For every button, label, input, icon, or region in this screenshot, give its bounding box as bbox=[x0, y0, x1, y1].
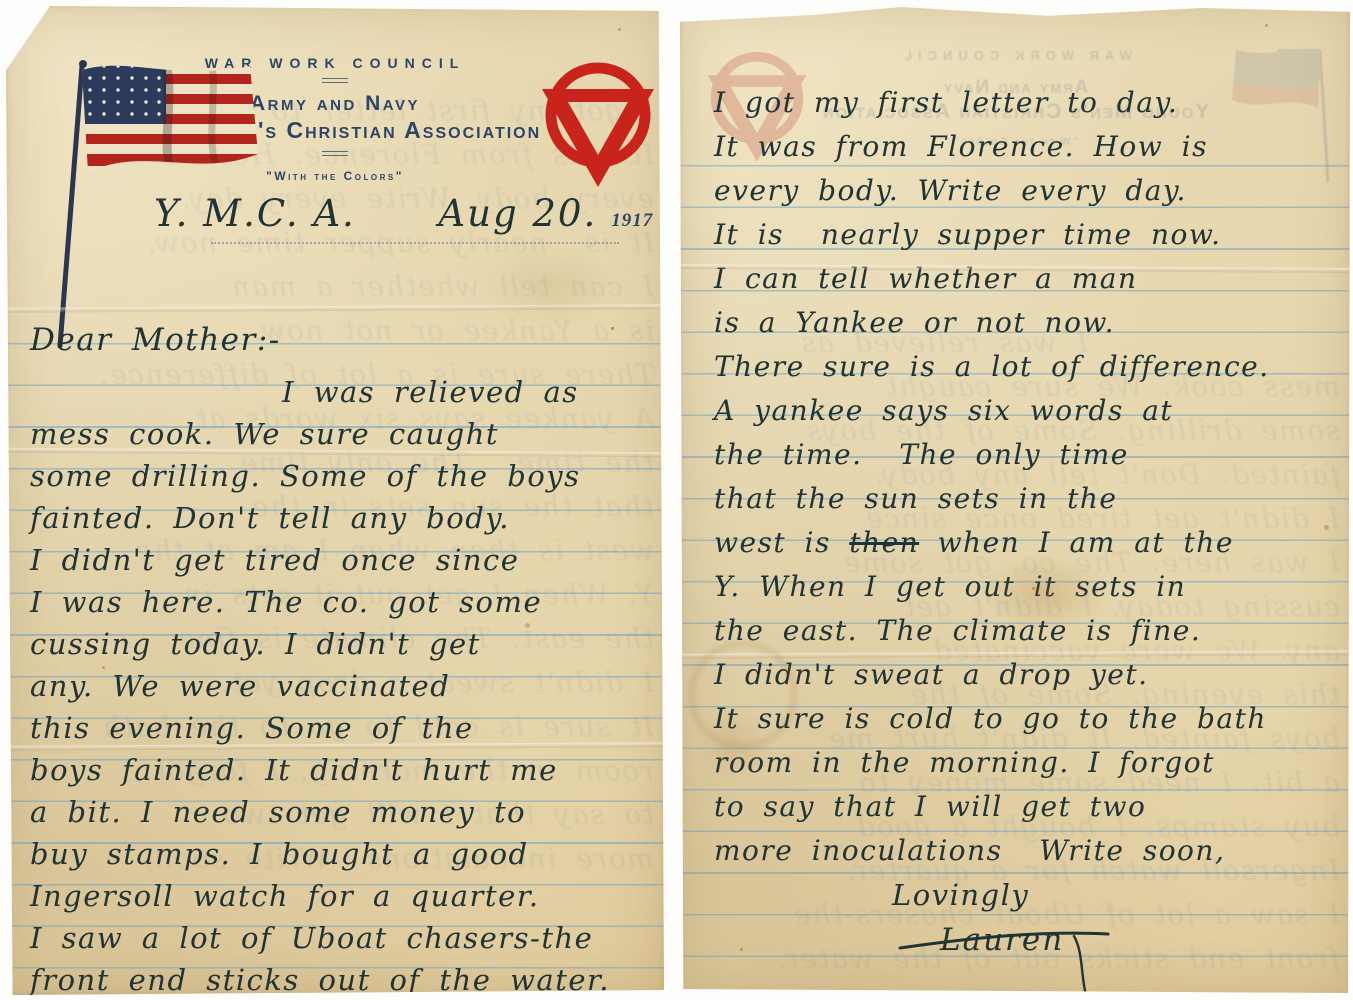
handwritten-line: a bit. I need some money to bbox=[30, 792, 660, 834]
salutation: Dear Mother:- bbox=[30, 318, 660, 372]
handwritten-lines: I was relieved asmess cook. We sure caug… bbox=[30, 372, 660, 995]
handwritten-line: boys fainted. It didn't hurt me bbox=[30, 750, 660, 792]
handwritten-line: I got my first letter to day. bbox=[714, 82, 1346, 126]
handwritten-line: Ingersoll watch for a quarter. bbox=[30, 876, 660, 918]
handwritten-line: any. We were vaccinated bbox=[30, 666, 660, 708]
handwritten-line: It was from Florence. How is bbox=[714, 126, 1346, 170]
letterhead-divider bbox=[322, 151, 348, 156]
handwritten-line: every body. Write every day. bbox=[714, 170, 1346, 214]
letterhead-divider bbox=[322, 78, 348, 83]
letter-page-1: I got my first letter to day.It was from… bbox=[6, 6, 664, 995]
handwritten-line: buy stamps. I bought a good bbox=[30, 834, 660, 876]
handwritten-line: some drilling. Some of the boys bbox=[30, 456, 660, 498]
handwritten-line: to say that I will get two bbox=[714, 786, 1346, 830]
paper-specks bbox=[6, 6, 9, 9]
handwritten-line: I was here. The co. got some bbox=[30, 582, 660, 624]
printed-year: 1917 bbox=[611, 210, 653, 231]
handwritten-line: It sure is cold to go to the bath bbox=[714, 698, 1346, 742]
handwritten-line: It is nearly supper time now. bbox=[714, 214, 1346, 258]
handwritten-line: Y. When I get out it sets in bbox=[714, 566, 1346, 610]
handwritten-line: I didn't sweat a drop yet. bbox=[714, 654, 1346, 698]
handwritten-line: There sure is a lot of difference. bbox=[714, 346, 1346, 390]
paper-specks bbox=[680, 4, 683, 7]
handwritten-line: mess cook. We sure caught bbox=[30, 414, 660, 456]
handwritten-line: cussing today. I didn't get bbox=[30, 624, 660, 666]
letter-body-page-2: I got my first letter to day.It was from… bbox=[714, 82, 1346, 964]
dateline-rule bbox=[211, 242, 619, 244]
handwritten-line: fainted. Don't tell any body. bbox=[30, 498, 660, 540]
closing: Lovingly bbox=[714, 874, 1346, 920]
handwritten-line: this evening. Some of the bbox=[30, 708, 660, 750]
handwritten-line: I was relieved as bbox=[30, 372, 660, 414]
ghost-war-work-council-text: WAR WORK COUNCIL bbox=[680, 48, 1350, 63]
signature: Lauren bbox=[714, 920, 1346, 964]
scan-background: { "letterhead": { "war_work_council": "W… bbox=[0, 0, 1353, 1000]
handwritten-line: the east. The climate is fine. bbox=[714, 610, 1346, 654]
handwritten-line: is a Yankee or not now. bbox=[714, 302, 1346, 346]
handwritten-lines: I got my first letter to day.It was from… bbox=[714, 82, 1346, 874]
handwritten-line: that the sun sets in the bbox=[714, 478, 1346, 522]
ymca-triangle-logo-icon bbox=[531, 58, 664, 192]
handwritten-line: room in the morning. I forgot bbox=[714, 742, 1346, 786]
handwritten-line: west is then when I am at the bbox=[714, 522, 1346, 566]
handwritten-line: more inoculations Write soon, bbox=[714, 830, 1346, 874]
paper-stain bbox=[476, 242, 626, 328]
letter-body-page-1: Dear Mother:- I was relieved asmess cook… bbox=[30, 318, 660, 995]
handwritten-line: I can tell whether a man bbox=[714, 258, 1346, 302]
handwritten-line: A yankee says six words at bbox=[714, 390, 1346, 434]
handwritten-line: the time. The only time bbox=[714, 434, 1346, 478]
handwritten-line: I didn't get tired once since bbox=[30, 540, 660, 582]
handwritten-line: I saw a lot of Uboat chasers-the bbox=[30, 918, 660, 960]
handwritten-line: front end sticks out of the water. bbox=[30, 960, 660, 995]
letter-page-2: WAR WORK COUNCIL Army and Navy Young Men… bbox=[680, 4, 1350, 996]
dateline-handwritten: Y. M.C. A. Aug 20. bbox=[154, 192, 597, 235]
dateline: Y. M.C. A. Aug 20.1917 bbox=[154, 192, 653, 235]
